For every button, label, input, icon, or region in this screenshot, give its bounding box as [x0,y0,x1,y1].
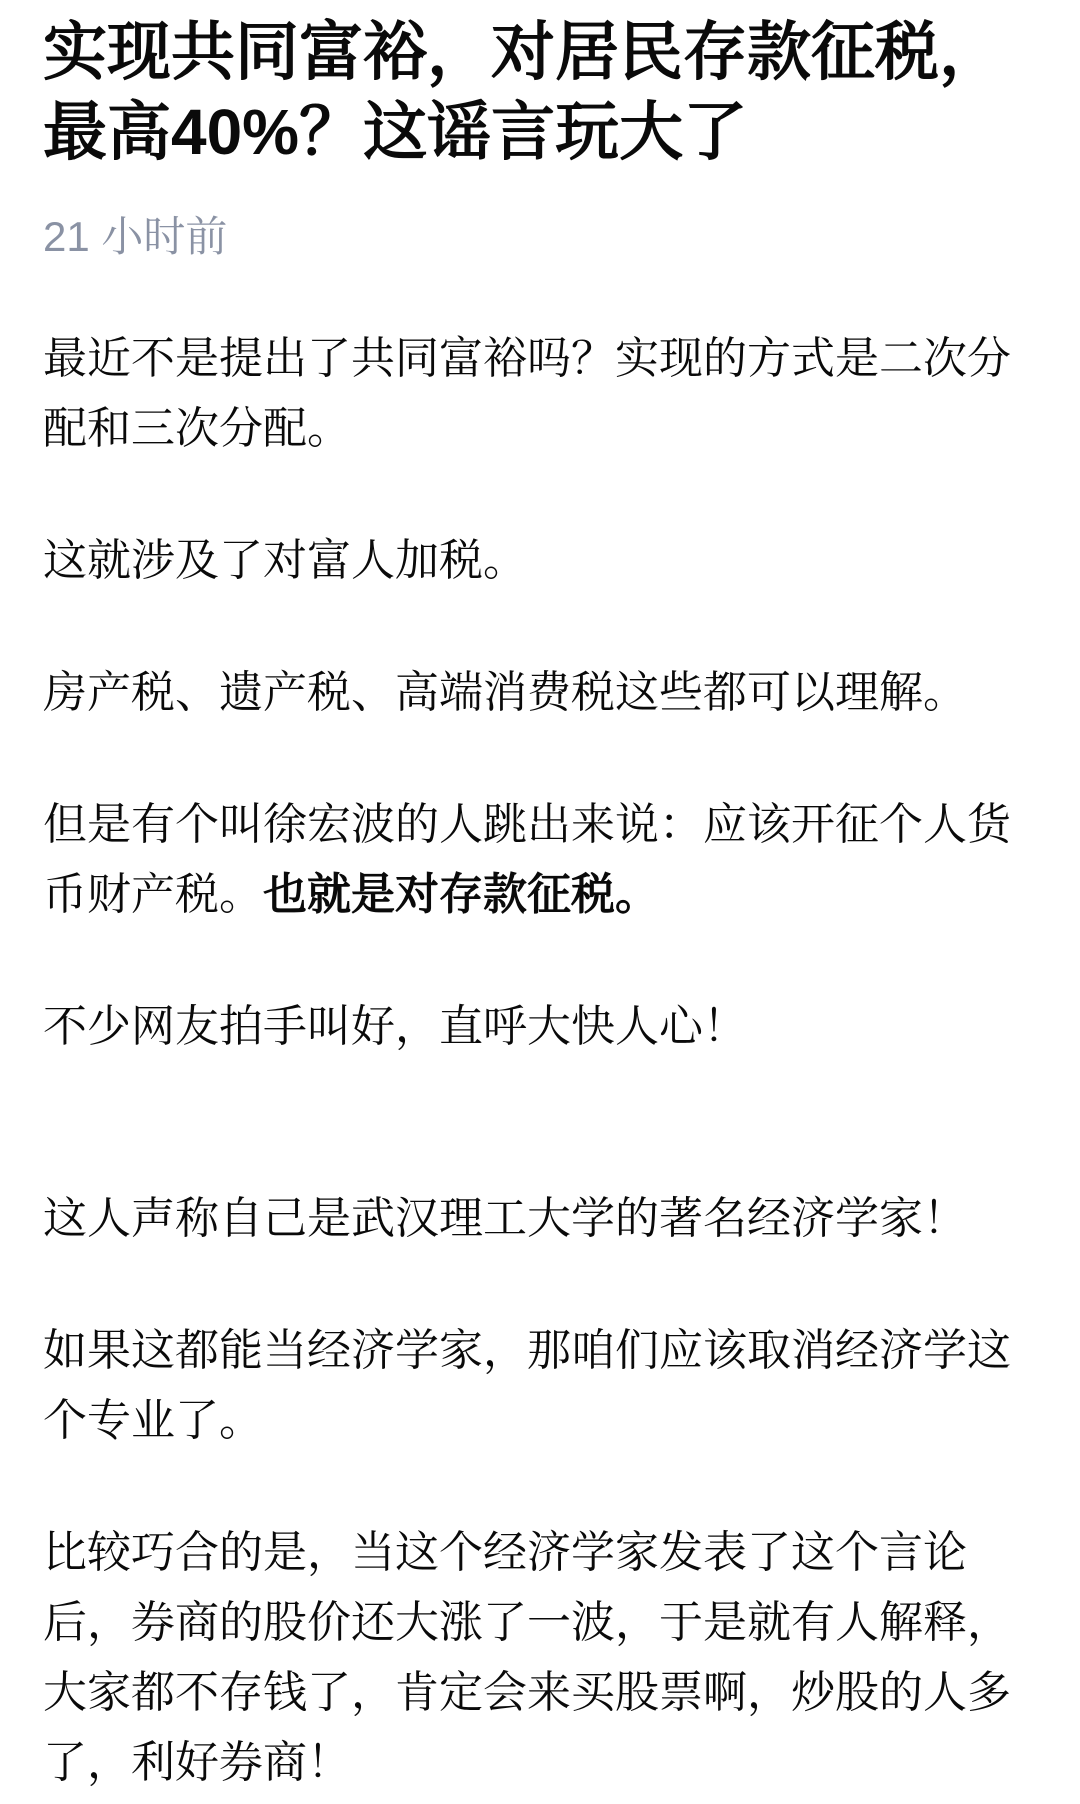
article-title: 实现共同富裕，对居民存款征税， 最高40%？这谣言玩大了 [43,0,1037,172]
article-paragraph-2: 这就涉及了对富人加税。 [43,526,1037,596]
article-paragraph-8: 比较巧合的是，当这个经济学家发表了这个言论后，券商的股价还大涨了一波，于是就有人… [43,1518,1037,1798]
article-timestamp: 21 小时前 [43,212,1037,262]
article-title-line-2: 最高40%？这谣言玩大了 [43,92,1037,172]
article-paragraph-1: 最近不是提出了共同富裕吗？实现的方式是二次分配和三次分配。 [43,324,1037,464]
article-paragraph-4-bold-text: 也就是对存款征税。 [263,870,659,919]
article-paragraph-5: 不少网友拍手叫好，直呼大快人心！ [43,992,1037,1062]
article-page: 实现共同富裕，对居民存款征税， 最高40%？这谣言玩大了 21 小时前 最近不是… [0,0,1080,1798]
article-title-line-1: 实现共同富裕，对居民存款征税， [43,12,1037,92]
article-paragraph-6: 这人声称自己是武汉理工大学的著名经济学家！ [43,1184,1037,1254]
article-paragraph-3: 房产税、遗产税、高端消费税这些都可以理解。 [43,658,1037,728]
article-paragraph-4: 但是有个叫徐宏波的人跳出来说：应该开征个人货币财产税。也就是对存款征税。 [43,790,1037,930]
article-paragraph-7: 如果这都能当经济学家，那咱们应该取消经济学这个专业了。 [43,1316,1037,1456]
